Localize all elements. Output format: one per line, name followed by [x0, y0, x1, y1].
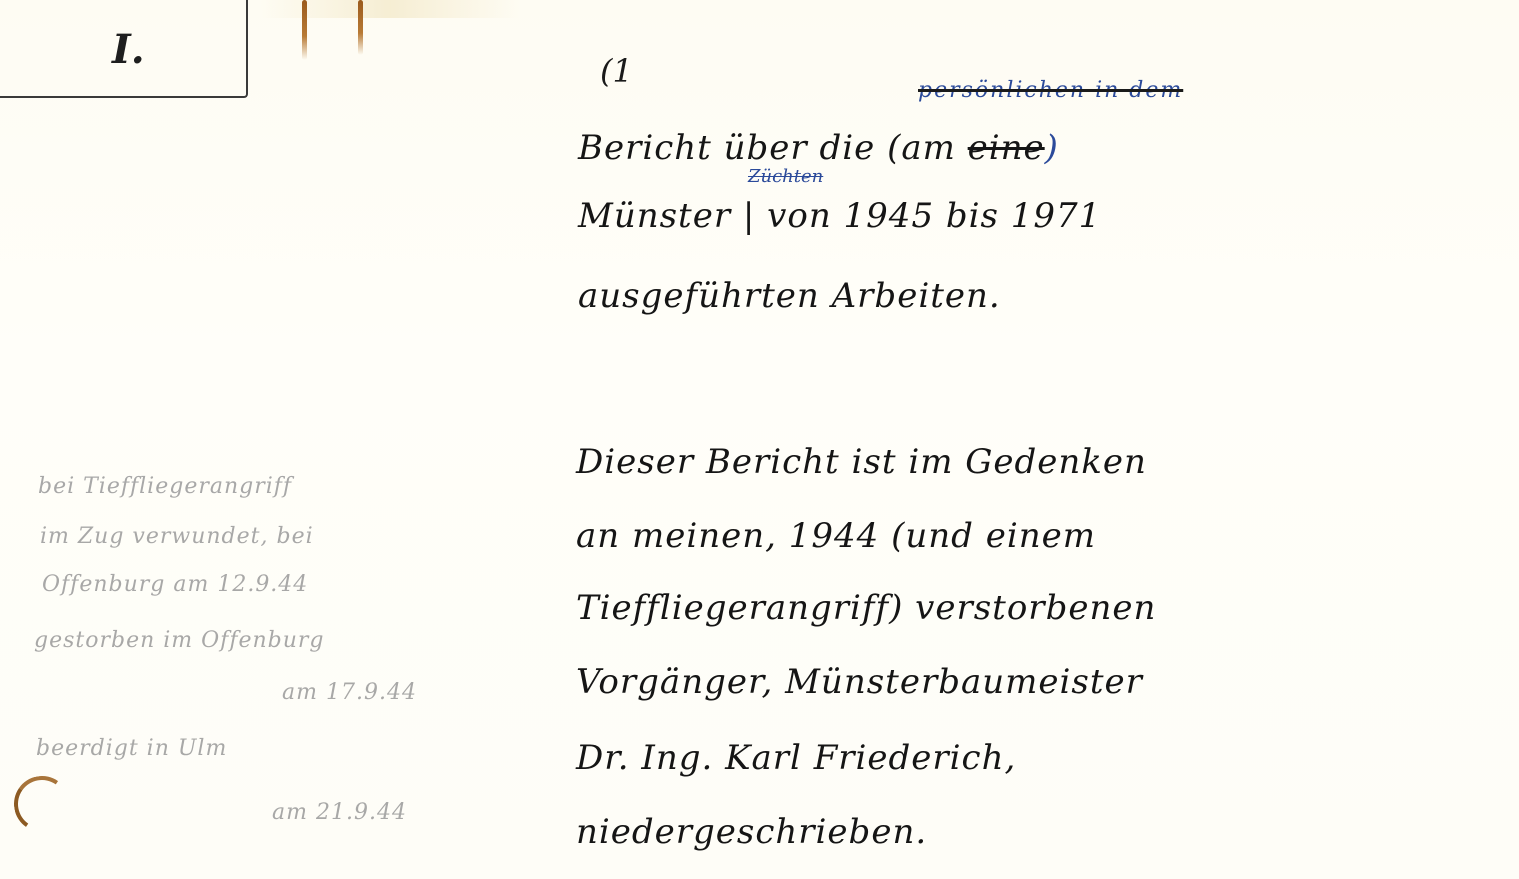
title-line-1: Bericht über die (am eine) — [578, 128, 1059, 168]
margin-note-line: bei Tieffliegerangriff — [38, 474, 292, 499]
struck-insertion: persönlichen in dem — [918, 78, 1183, 103]
margin-note-line: am 21.9.44 — [272, 800, 407, 825]
section-label: I. — [112, 26, 145, 73]
title-line-3: ausgeführten Arbeiten. — [578, 276, 1001, 316]
rust-mark — [358, 0, 363, 55]
document-page: I. (1 persönlichen in dem Bericht über d… — [0, 0, 1519, 879]
margin-note-line: am 17.9.44 — [282, 680, 417, 705]
body-line-6: niedergeschrieben. — [576, 812, 927, 852]
insertion-above: Züchten — [748, 166, 823, 187]
paper-stain — [260, 0, 520, 18]
punch-hole-stain — [10, 772, 75, 837]
body-line-1: Dieser Bericht ist im Gedenken — [576, 442, 1147, 482]
body-line-2: an meinen, 1944 (und einem — [576, 516, 1096, 556]
margin-note-line: Offenburg am 12.9.44 — [42, 572, 308, 597]
rust-mark — [302, 0, 307, 60]
margin-note-line: beerdigt in Ulm — [36, 736, 227, 761]
margin-note-line: gestorben im Offenburg — [34, 628, 325, 653]
page-number-mark: (1 — [600, 52, 633, 90]
title-line-2: Münster | von 1945 bis 1971 — [578, 196, 1101, 236]
body-line-5: Dr. Ing. Karl Friederich, — [576, 738, 1016, 778]
body-line-4: Vorgänger, Münsterbaumeister — [576, 662, 1143, 702]
struck-word: eine — [968, 128, 1045, 168]
margin-note-line: im Zug verwundet, bei — [40, 524, 314, 549]
body-line-3: Tieffliegerangriff) verstorbenen — [576, 588, 1156, 628]
